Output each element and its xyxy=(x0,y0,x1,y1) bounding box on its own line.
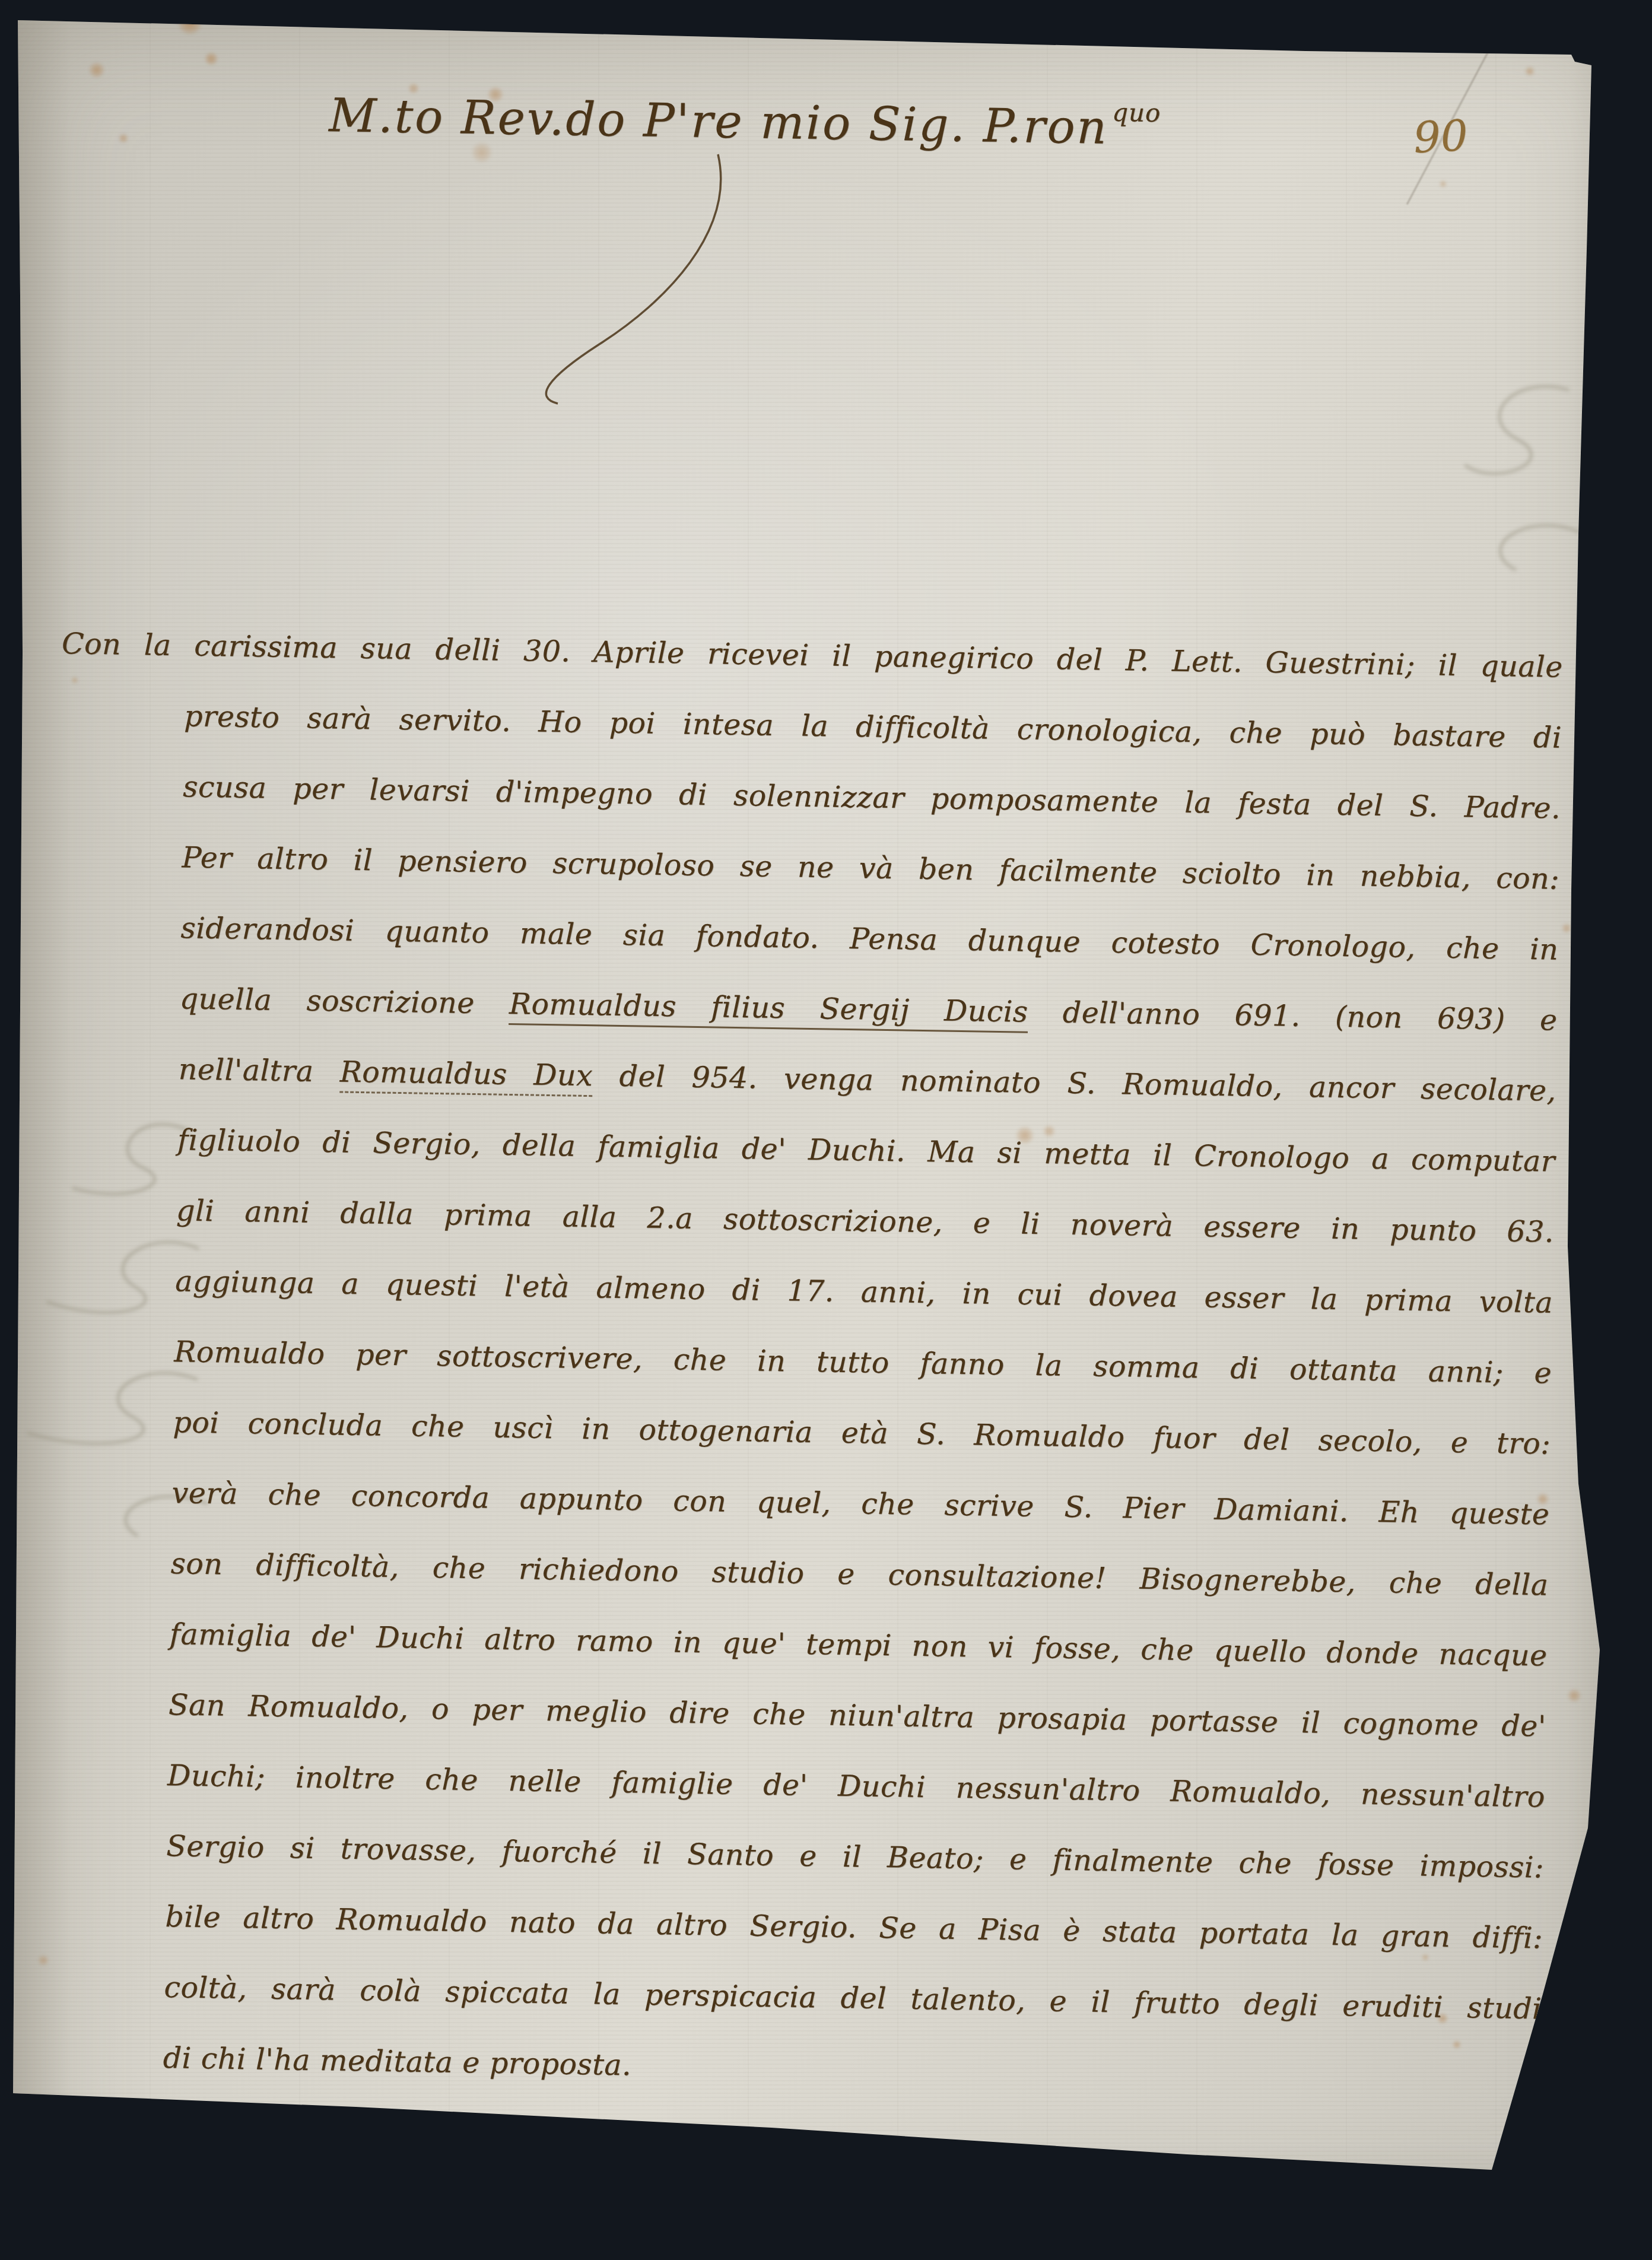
foxing-spot xyxy=(472,142,492,163)
bleedthrough-ghost-writing xyxy=(34,2085,619,2212)
foxing-spot xyxy=(1525,66,1535,76)
foxing-spot xyxy=(1568,1689,1581,1702)
foxing-spot xyxy=(119,134,128,143)
pen-flourish xyxy=(522,148,748,410)
line-06-post: dell'anno 691. (non 693) e xyxy=(1028,995,1558,1037)
letter-body: Con la carissima sua delli 30. Aprile ri… xyxy=(39,608,1564,2115)
foxing-spot xyxy=(1562,923,1571,933)
foxing-spot xyxy=(362,2126,371,2135)
foxing-spot xyxy=(909,17,922,30)
line-07-post: del 954. venga nominato S. Romualdo, anc… xyxy=(593,1059,1556,1107)
foxing-spot xyxy=(178,11,202,34)
salutation-text: M.to Rev.do P're mio Sig. P.ron xyxy=(329,89,1109,155)
line-07-pre: nell'altra xyxy=(178,1052,340,1088)
line-06-pre: quella soscrizione xyxy=(179,982,509,1021)
salutation: M.to Rev.do P're mio Sig. P.ronquo xyxy=(329,89,1219,157)
underlined-phrase-latin: Romualdus filius Sergij Ducis xyxy=(509,987,1028,1033)
salutation-superscript: quo xyxy=(1112,98,1161,128)
scanned-letter-photo: M.to Rev.do P're mio Sig. P.ronquo 90 Co… xyxy=(0,0,1652,2260)
foxing-spot xyxy=(808,31,817,39)
foxing-spot xyxy=(205,52,218,65)
foxing-spot xyxy=(1440,180,1447,188)
page-number: 90 xyxy=(1412,110,1469,163)
bleedthrough-ghost-writing xyxy=(1450,366,1589,619)
paper-sheet: M.to Rev.do P're mio Sig. P.ronquo 90 Co… xyxy=(0,0,1652,2260)
underlined-phrase-latin: Romualdus Dux xyxy=(339,1055,593,1097)
foxing-spot xyxy=(89,62,104,78)
